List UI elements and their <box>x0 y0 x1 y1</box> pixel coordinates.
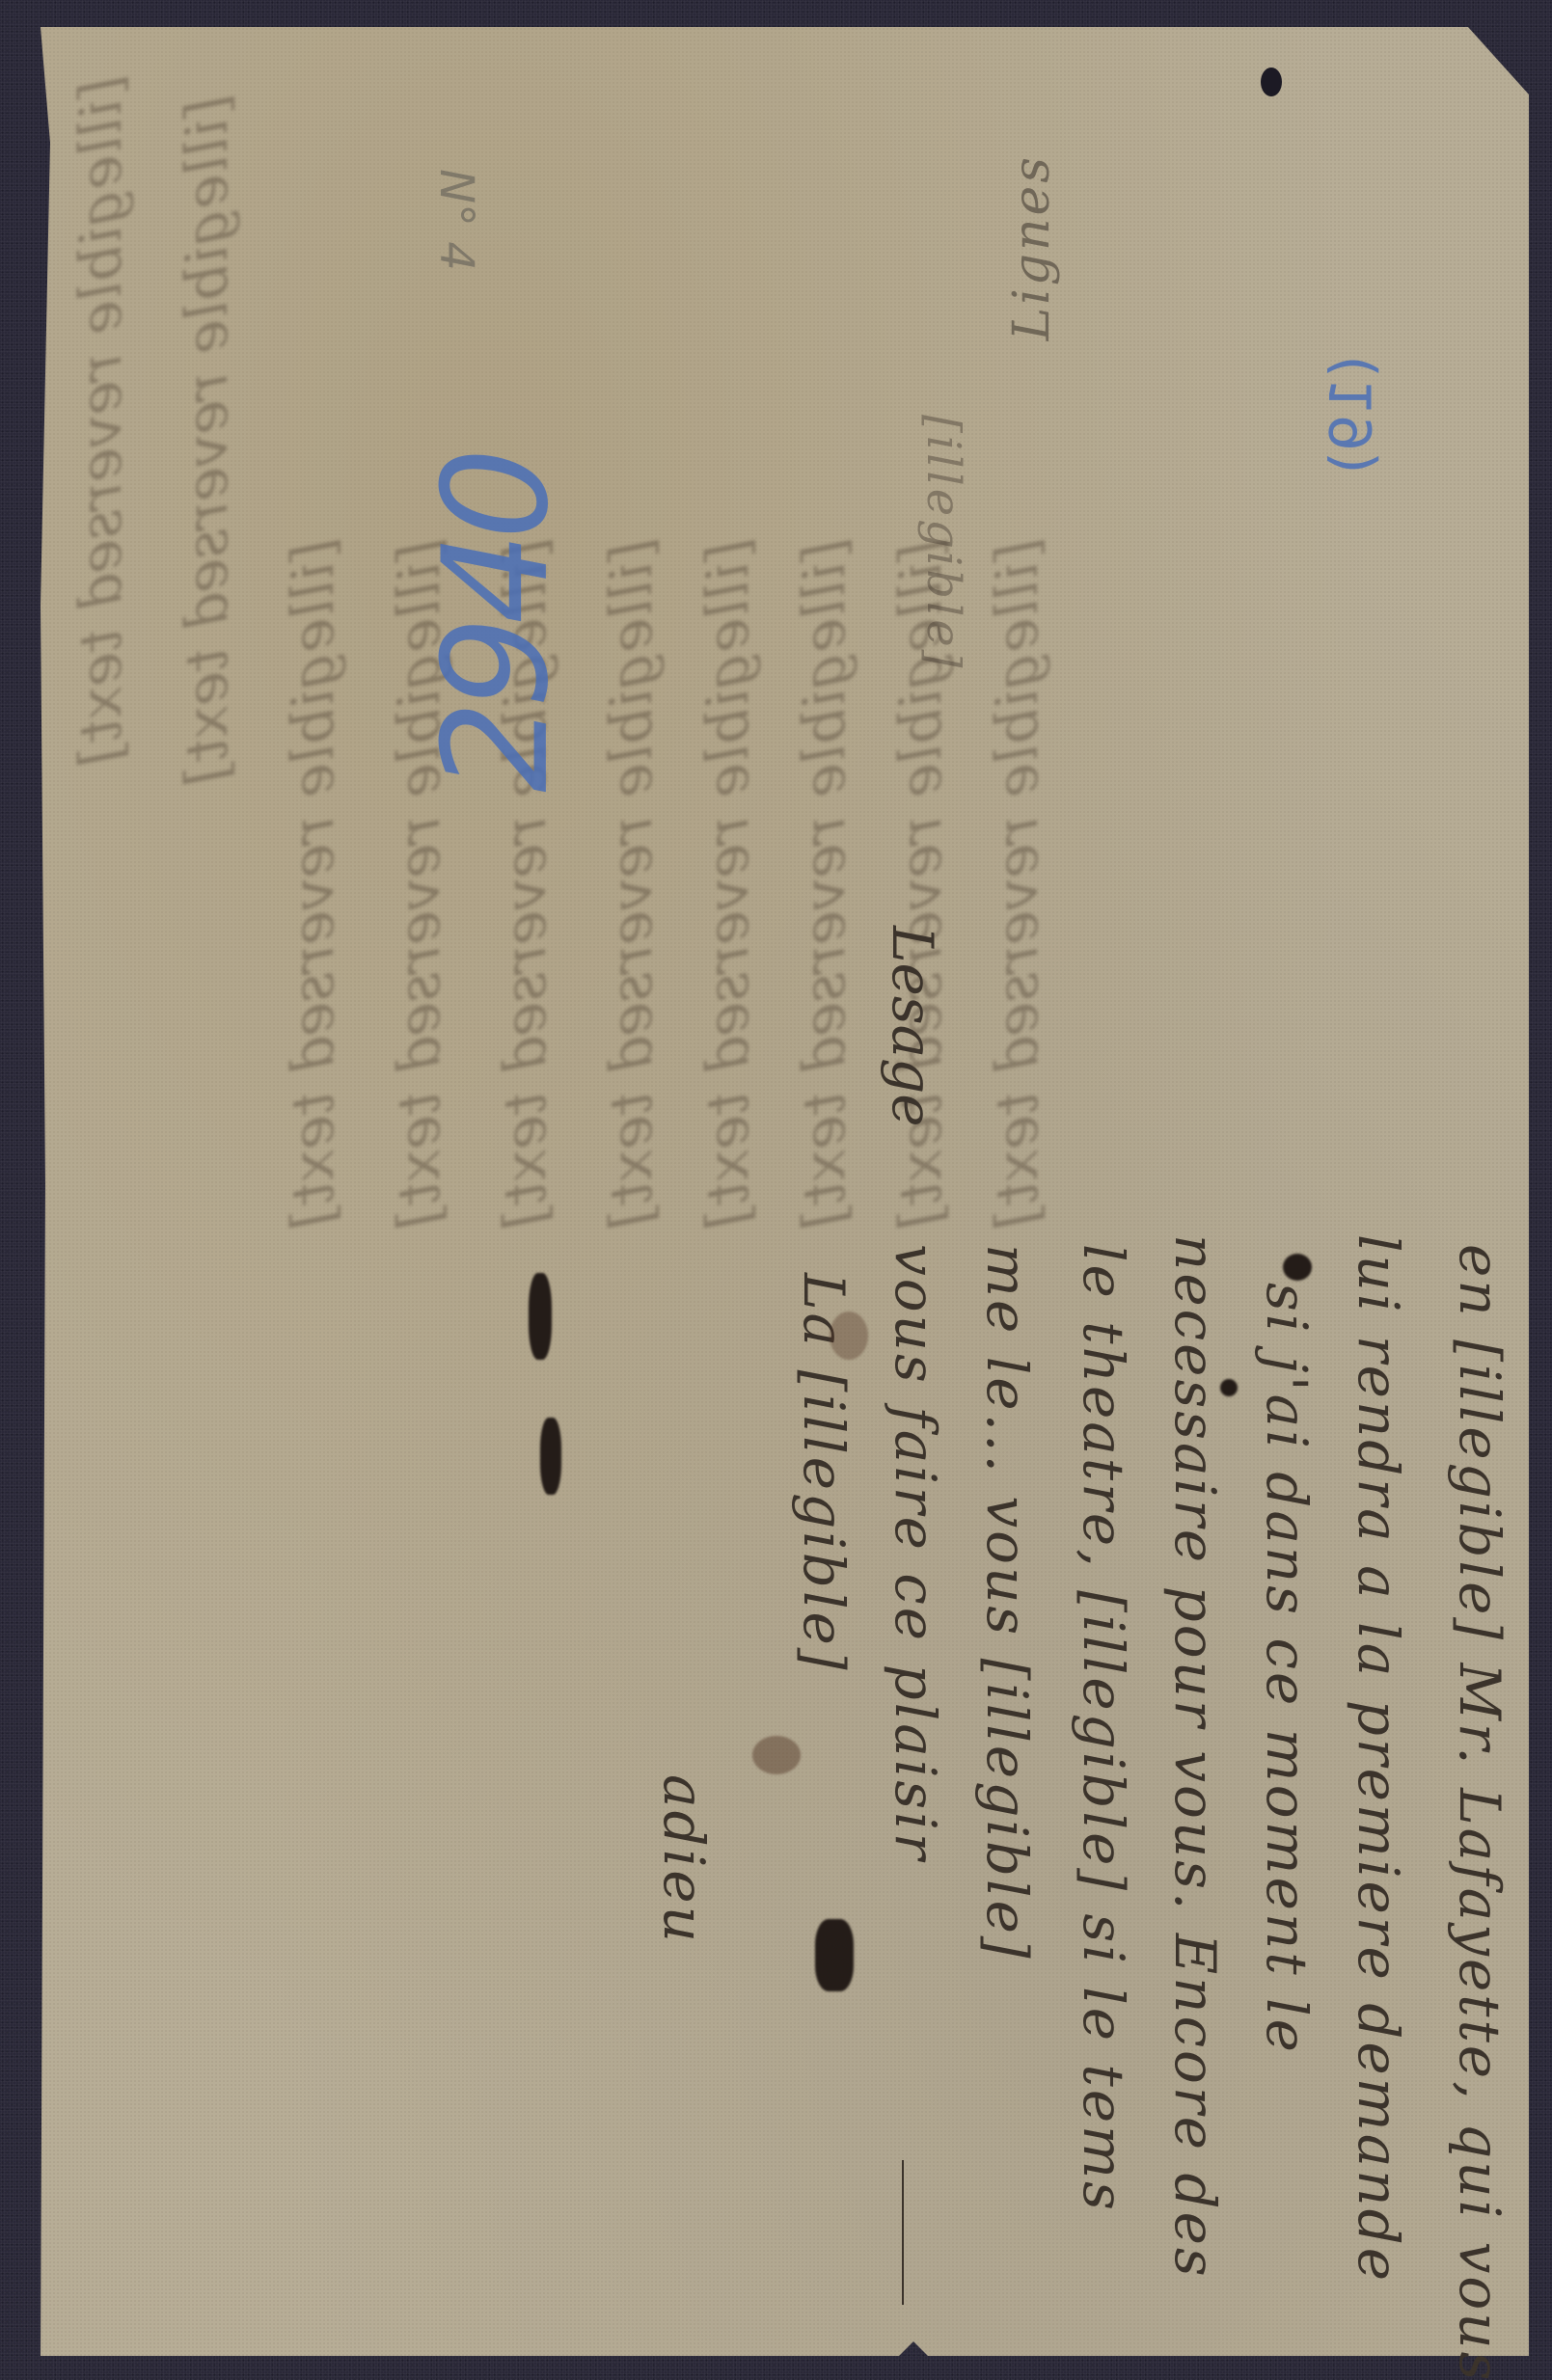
closing-underline <box>902 2160 904 2305</box>
text-line: adieu <box>651 1774 717 1945</box>
bleed-through-line: [illegible reversed text] <box>984 540 1051 1119</box>
pencil-note: N° 4 <box>429 169 483 271</box>
heading-word: Lignes <box>1003 154 1061 340</box>
text-line: si j'ai dans ce moment le <box>1254 1283 1320 2055</box>
bleed-through-line: [illegible reversed text] <box>694 540 762 2276</box>
ink-blot <box>1220 1379 1238 1396</box>
bleed-through-line: [illegible reversed text] <box>280 540 347 2276</box>
text-line: me le... vous [illegible] <box>974 1244 1040 1961</box>
bleed-through-line: [illegible reversed text] <box>174 96 241 2025</box>
ink-blot <box>815 1919 854 1991</box>
ink-blot <box>540 1418 561 1495</box>
signature: Lesage <box>880 926 945 1127</box>
text-line: necessaire pour vous. Encore des <box>1162 1234 1228 2280</box>
bleed-through-line: [illegible reversed text] <box>386 540 453 2276</box>
folio-label: (19) <box>1319 355 1386 473</box>
ink-stain <box>752 1736 801 1774</box>
ink-stain <box>830 1312 868 1360</box>
text-line: lui rendra a la premiere demande <box>1346 1234 1411 2284</box>
text-line: vous faire ce plaisir <box>883 1244 948 1862</box>
text-line: en [illegible] Mr. Lafayette, qui vous <box>1447 1244 1512 2380</box>
faded-mark: [illegible] <box>916 415 970 670</box>
bleed-through-line: [illegible reversed text] <box>492 540 559 2276</box>
archive-number: 2940 <box>413 455 581 793</box>
bleed-through-line: [illegible reversed text] <box>68 77 135 1234</box>
bleed-through-line: [illegible reversed text] <box>598 540 666 2276</box>
text-line: le theatre, [illegible] si le tems <box>1071 1244 1136 2213</box>
ink-blot <box>529 1273 552 1360</box>
ink-blot <box>1283 1254 1312 1281</box>
paper-hole <box>1261 68 1282 96</box>
